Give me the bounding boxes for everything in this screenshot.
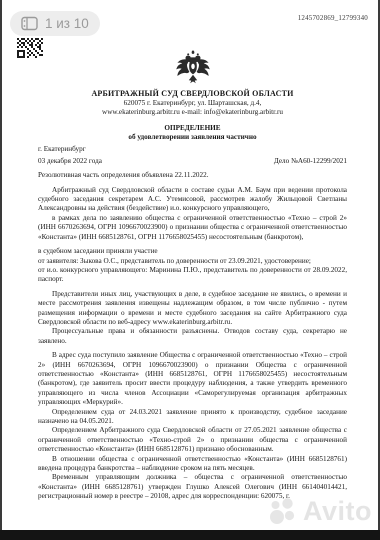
document-subtitle: об удовлетворении заявления частично <box>38 133 347 142</box>
document-paragraph: Резолютивная часть определения объявлена… <box>38 171 347 180</box>
court-web-email: www.ekaterinburg.arbitr.ru e-mail: info@… <box>38 108 347 117</box>
document-paragraph: В адрес суда поступило заявление Обществ… <box>38 351 347 407</box>
court-document: АРБИТРАЖНЫЙ СУД СВЕРДЛОВСКОЙ ОБЛАСТИ 620… <box>38 50 347 502</box>
court-address: 620075 г. Екатеринбург, ул. Шарташская, … <box>38 99 347 108</box>
photo-viewer[interactable]: 1 из 10 1245702869_12799340 <box>0 0 380 540</box>
court-name: АРБИТРАЖНЫЙ СУД СВЕРДЛОВСКОЙ ОБЛАСТИ <box>38 89 347 98</box>
letterbox-bar <box>0 530 380 540</box>
document-paragraph: в рамках дела по заявлению общества с ог… <box>38 214 347 242</box>
document-type: ОПРЕДЕЛЕНИЕ <box>38 124 347 133</box>
avito-logo-icon <box>269 498 299 526</box>
page-counter-label: 1 из 10 <box>45 16 89 31</box>
document-date: 03 декабря 2022 года <box>38 157 102 166</box>
case-number: Дело №А60-12299/2021 <box>274 157 347 166</box>
photo-id: 1245702869_12799340 <box>298 14 368 22</box>
document-paragraph: Арбитражный суд Свердловской области в с… <box>38 186 347 214</box>
document-paragraph: от и.о. конкурсного управляющего: Марини… <box>38 266 347 285</box>
document-paragraph: Представители иных лиц, участвующих в де… <box>38 290 347 328</box>
double-headed-eagle-icon <box>175 50 211 84</box>
gallery-icon <box>21 16 38 31</box>
russia-coat-of-arms <box>38 50 347 87</box>
document-paragraph: В отношении общества с ограниченной отве… <box>38 455 347 474</box>
document-paragraph: Определением Арбитражного суда Свердловс… <box>38 426 347 454</box>
photo-left-edge <box>0 0 2 540</box>
document-paragraph: в судебном заседании приняли участие <box>38 247 347 256</box>
gallery-page-counter: 1 из 10 <box>10 11 100 36</box>
document-paragraph: Процессуальные права и обязанности разъя… <box>38 327 347 346</box>
city: г. Екатеринбург <box>38 145 347 154</box>
document-paragraph: от заявителя: Зыкова О.С., представитель… <box>38 257 347 266</box>
document-paragraph: Определением суда от 24.03.2021 заявлени… <box>38 408 347 427</box>
document-paragraph: Временным управляющим должника – обществ… <box>38 473 347 501</box>
